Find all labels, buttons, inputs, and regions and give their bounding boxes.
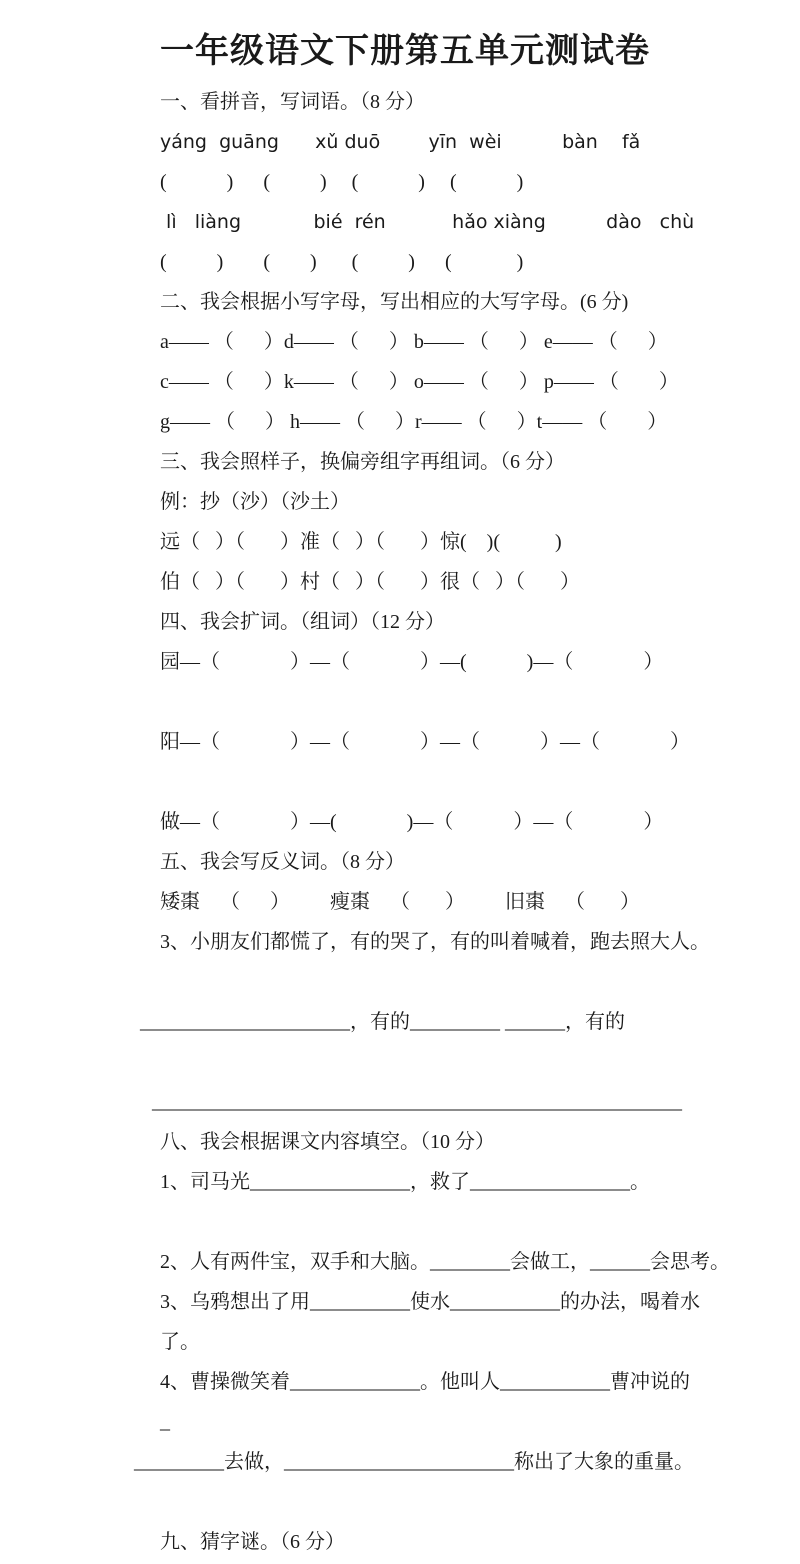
fill-blank-item-1: 1、司马光________________，救了________________… bbox=[160, 1162, 740, 1202]
section-2: 二、我会根据小写字母，写出相应的大写字母。(6 分) a—— （ ）d—— （ … bbox=[160, 282, 740, 442]
fill-blank-item-4: 4、曹操微笑着_____________。他叫人___________曹冲说的 bbox=[160, 1362, 740, 1402]
section-9: 九、猜字谜。（6 分） bbox=[160, 1482, 740, 1562]
pinyin-row-2: lì liàng bié rén hǎo xiàng dào chù bbox=[160, 202, 740, 242]
antonym-row: 矮棗 （ ） 瘦棗 （ ） 旧棗 （ ） bbox=[160, 882, 740, 922]
answer-paren-row-2: ( ) ( ) ( ) ( ) bbox=[160, 242, 740, 282]
long-blank-row: ________________________________________… bbox=[152, 1082, 740, 1122]
section-8: 八、我会根据课文内容填空。（10 分） 1、司马光_______________… bbox=[160, 1122, 740, 1482]
fill-blank-item-2: 2、人有两件宝，双手和大脑。________会做工，______会思考。 bbox=[160, 1242, 740, 1282]
section-2-heading: 二、我会根据小写字母，写出相应的大写字母。(6 分) bbox=[160, 282, 740, 322]
letter-match-row-1: a—— （ ）d—— （ ） b—— （ ） e—— （ ） bbox=[160, 322, 740, 362]
fill-blank-item-3-cont: 了。 bbox=[160, 1322, 740, 1362]
word-expand-row-1: 园—（ ）—（ ）—( )—（ ） bbox=[160, 642, 740, 682]
section-3-heading: 三、我会照样子，换偏旁组字再组词。（6 分） bbox=[160, 442, 740, 482]
section-5: 五、我会写反义词。（8 分） 矮棗 （ ） 瘦棗 （ ） 旧棗 （ ） 3、小朋… bbox=[160, 842, 740, 962]
section-8-heading: 八、我会根据课文内容填空。（10 分） bbox=[160, 1122, 740, 1162]
section-9-heading: 九、猜字谜。（6 分） bbox=[160, 1522, 740, 1562]
word-expand-row-3: 做—（ ）—( )—（ ）—（ ） bbox=[160, 802, 740, 842]
fill-blank-item-3: 3、乌鸦想出了用__________使水___________的办法，喝着水 bbox=[160, 1282, 740, 1322]
radical-swap-row-2: 伯（ ）（ ）村（ ）（ ）很（ ）（ ） bbox=[160, 562, 740, 602]
section-1-heading: 一、看拼音，写词语。（8 分） bbox=[160, 82, 740, 122]
fill-blank-item-4-cont: _________去做，_______________________称出了大象… bbox=[134, 1442, 740, 1482]
pinyin-row-1: yáng guāng xǔ duō yīn wèi bàn fǎ bbox=[160, 122, 740, 162]
radical-example-row: 例：抄（沙）（沙土） bbox=[160, 482, 740, 522]
blank-line bbox=[160, 762, 740, 802]
letter-match-row-2: c—— （ ）k—— （ ） o—— （ ） p—— （ ） bbox=[160, 362, 740, 402]
test-paper: 一年级语文下册第五单元测试卷 一、看拼音，写词语。（8 分） yáng guān… bbox=[0, 0, 800, 1564]
fill-blank-row-youde: _____________________，有的_________ ______… bbox=[140, 1002, 740, 1042]
blank-line bbox=[160, 1482, 740, 1522]
sentence-text: 3、小朋友们都慌了，有的哭了，有的叫着喊着，跑去照大人。 bbox=[160, 922, 740, 962]
radical-swap-row-1: 远（ ）（ ）准（ ）（ ）惊( )( ) bbox=[160, 522, 740, 562]
page-title: 一年级语文下册第五单元测试卷 bbox=[160, 22, 740, 82]
section-3: 三、我会照样子，换偏旁组字再组词。（6 分） 例：抄（沙）（沙土） 远（ ）（ … bbox=[160, 442, 740, 602]
blank-line bbox=[160, 962, 740, 1002]
blank-line bbox=[160, 1042, 740, 1082]
blank-line bbox=[160, 682, 740, 722]
section-4: 四、我会扩词。（组词）（12 分） 园—（ ）—（ ）—( )—（ ） 阳—（ … bbox=[160, 602, 740, 842]
blank-line bbox=[160, 1202, 740, 1242]
section-1: 一、看拼音，写词语。（8 分） yáng guāng xǔ duō yīn wè… bbox=[160, 82, 740, 282]
letter-match-row-3: g—— （ ） h—— （ ）r—— （ ）t—— （ ） bbox=[160, 402, 740, 442]
stray-underscore: _ bbox=[160, 1402, 740, 1442]
word-expand-row-2: 阳—（ ）—（ ）—（ ）—（ ） bbox=[160, 722, 740, 762]
sentence-rewrite-blanks: _____________________，有的_________ ______… bbox=[160, 962, 740, 1122]
answer-paren-row-1: ( ) ( ) ( ) ( ) bbox=[160, 162, 740, 202]
section-5-heading: 五、我会写反义词。（8 分） bbox=[160, 842, 740, 882]
section-4-heading: 四、我会扩词。（组词）（12 分） bbox=[160, 602, 740, 642]
